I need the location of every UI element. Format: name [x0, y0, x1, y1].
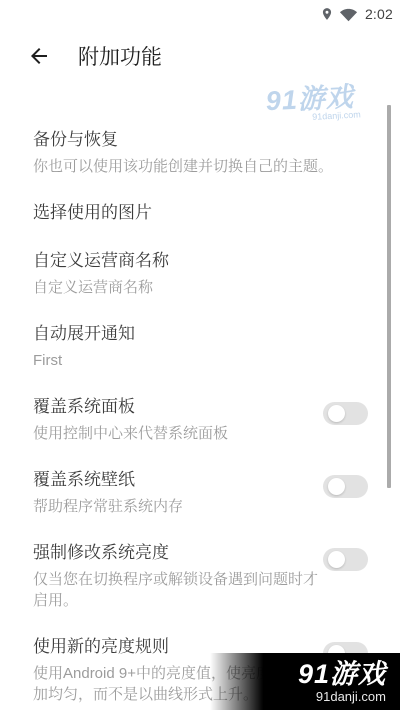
setting-title: 自动展开通知: [33, 322, 364, 346]
setting-title: 使用新的亮度规则: [33, 635, 319, 659]
setting-item-new-brightness-rules[interactable]: 使用新的亮度规则 使用Android 9+中的亮度值，使亮度增加均匀，而不是以曲…: [33, 635, 400, 705]
setting-title: 选择使用的图片: [33, 201, 364, 225]
toggle-switch[interactable]: [323, 402, 368, 425]
page-title: 附加功能: [78, 41, 162, 71]
setting-item-override-system-wallpaper[interactable]: 覆盖系统壁纸 帮助程序常驻系统内存: [33, 468, 400, 517]
settings-screen: 2:02 附加功能 备份与恢复 你也可以使用该功能创建并切换自己的主题。 选择使…: [0, 0, 400, 710]
toggle-knob: [328, 405, 345, 422]
setting-text: 选择使用的图片: [33, 201, 368, 225]
setting-text: 自定义运营商名称 自定义运营商名称: [33, 249, 368, 298]
wifi-icon: [339, 7, 358, 22]
location-icon: [320, 6, 334, 22]
status-time: 2:02: [365, 6, 393, 22]
setting-subtitle: 使用Android 9+中的亮度值，使亮度增加均匀，而不是以曲线形式上升。: [33, 663, 295, 705]
setting-text: 覆盖系统面板 使用控制中心来代替系统面板: [33, 395, 323, 444]
setting-text: 自动展开通知 First: [33, 322, 368, 371]
setting-title: 覆盖系统壁纸: [33, 468, 319, 492]
app-bar: 附加功能: [0, 28, 400, 84]
setting-subtitle: 帮助程序常驻系统内存: [33, 496, 319, 517]
setting-title: 覆盖系统面板: [33, 395, 319, 419]
toggle-switch[interactable]: [323, 548, 368, 571]
setting-item-force-modify-brightness[interactable]: 强制修改系统亮度 仅当您在切换程序或解锁设备遇到问题时才启用。: [33, 541, 400, 611]
setting-item-override-system-panel[interactable]: 覆盖系统面板 使用控制中心来代替系统面板: [33, 395, 400, 444]
toggle-knob: [328, 478, 345, 495]
settings-list: 备份与恢复 你也可以使用该功能创建并切换自己的主题。 选择使用的图片 自定义运营…: [0, 84, 400, 705]
toggle-knob: [328, 551, 345, 568]
setting-item-auto-expand-notifications[interactable]: 自动展开通知 First: [33, 322, 400, 371]
setting-item-backup-restore[interactable]: 备份与恢复 你也可以使用该功能创建并切换自己的主题。: [33, 128, 400, 177]
setting-text: 覆盖系统壁纸 帮助程序常驻系统内存: [33, 468, 323, 517]
toggle-knob: [328, 645, 345, 662]
setting-title: 备份与恢复: [33, 128, 364, 152]
status-bar: 2:02: [0, 0, 400, 28]
toggle-switch[interactable]: [323, 642, 368, 665]
setting-item-choose-image[interactable]: 选择使用的图片: [33, 201, 400, 225]
setting-text: 备份与恢复 你也可以使用该功能创建并切换自己的主题。: [33, 128, 368, 177]
setting-title: 自定义运营商名称: [33, 249, 364, 273]
setting-title: 强制修改系统亮度: [33, 541, 319, 565]
back-button[interactable]: [27, 44, 51, 68]
scrollbar[interactable]: [387, 105, 391, 488]
setting-item-custom-carrier-name[interactable]: 自定义运营商名称 自定义运营商名称: [33, 249, 400, 298]
setting-subtitle: 你也可以使用该功能创建并切换自己的主题。: [33, 156, 364, 177]
setting-text: 使用新的亮度规则 使用Android 9+中的亮度值，使亮度增加均匀，而不是以曲…: [33, 635, 323, 705]
setting-subtitle: 仅当您在切换程序或解锁设备遇到问题时才启用。: [33, 569, 319, 611]
toggle-switch[interactable]: [323, 475, 368, 498]
setting-subtitle: 自定义运营商名称: [33, 277, 364, 298]
setting-subtitle: 使用控制中心来代替系统面板: [33, 423, 319, 444]
setting-subtitle: First: [33, 350, 364, 371]
setting-text: 强制修改系统亮度 仅当您在切换程序或解锁设备遇到问题时才启用。: [33, 541, 323, 611]
